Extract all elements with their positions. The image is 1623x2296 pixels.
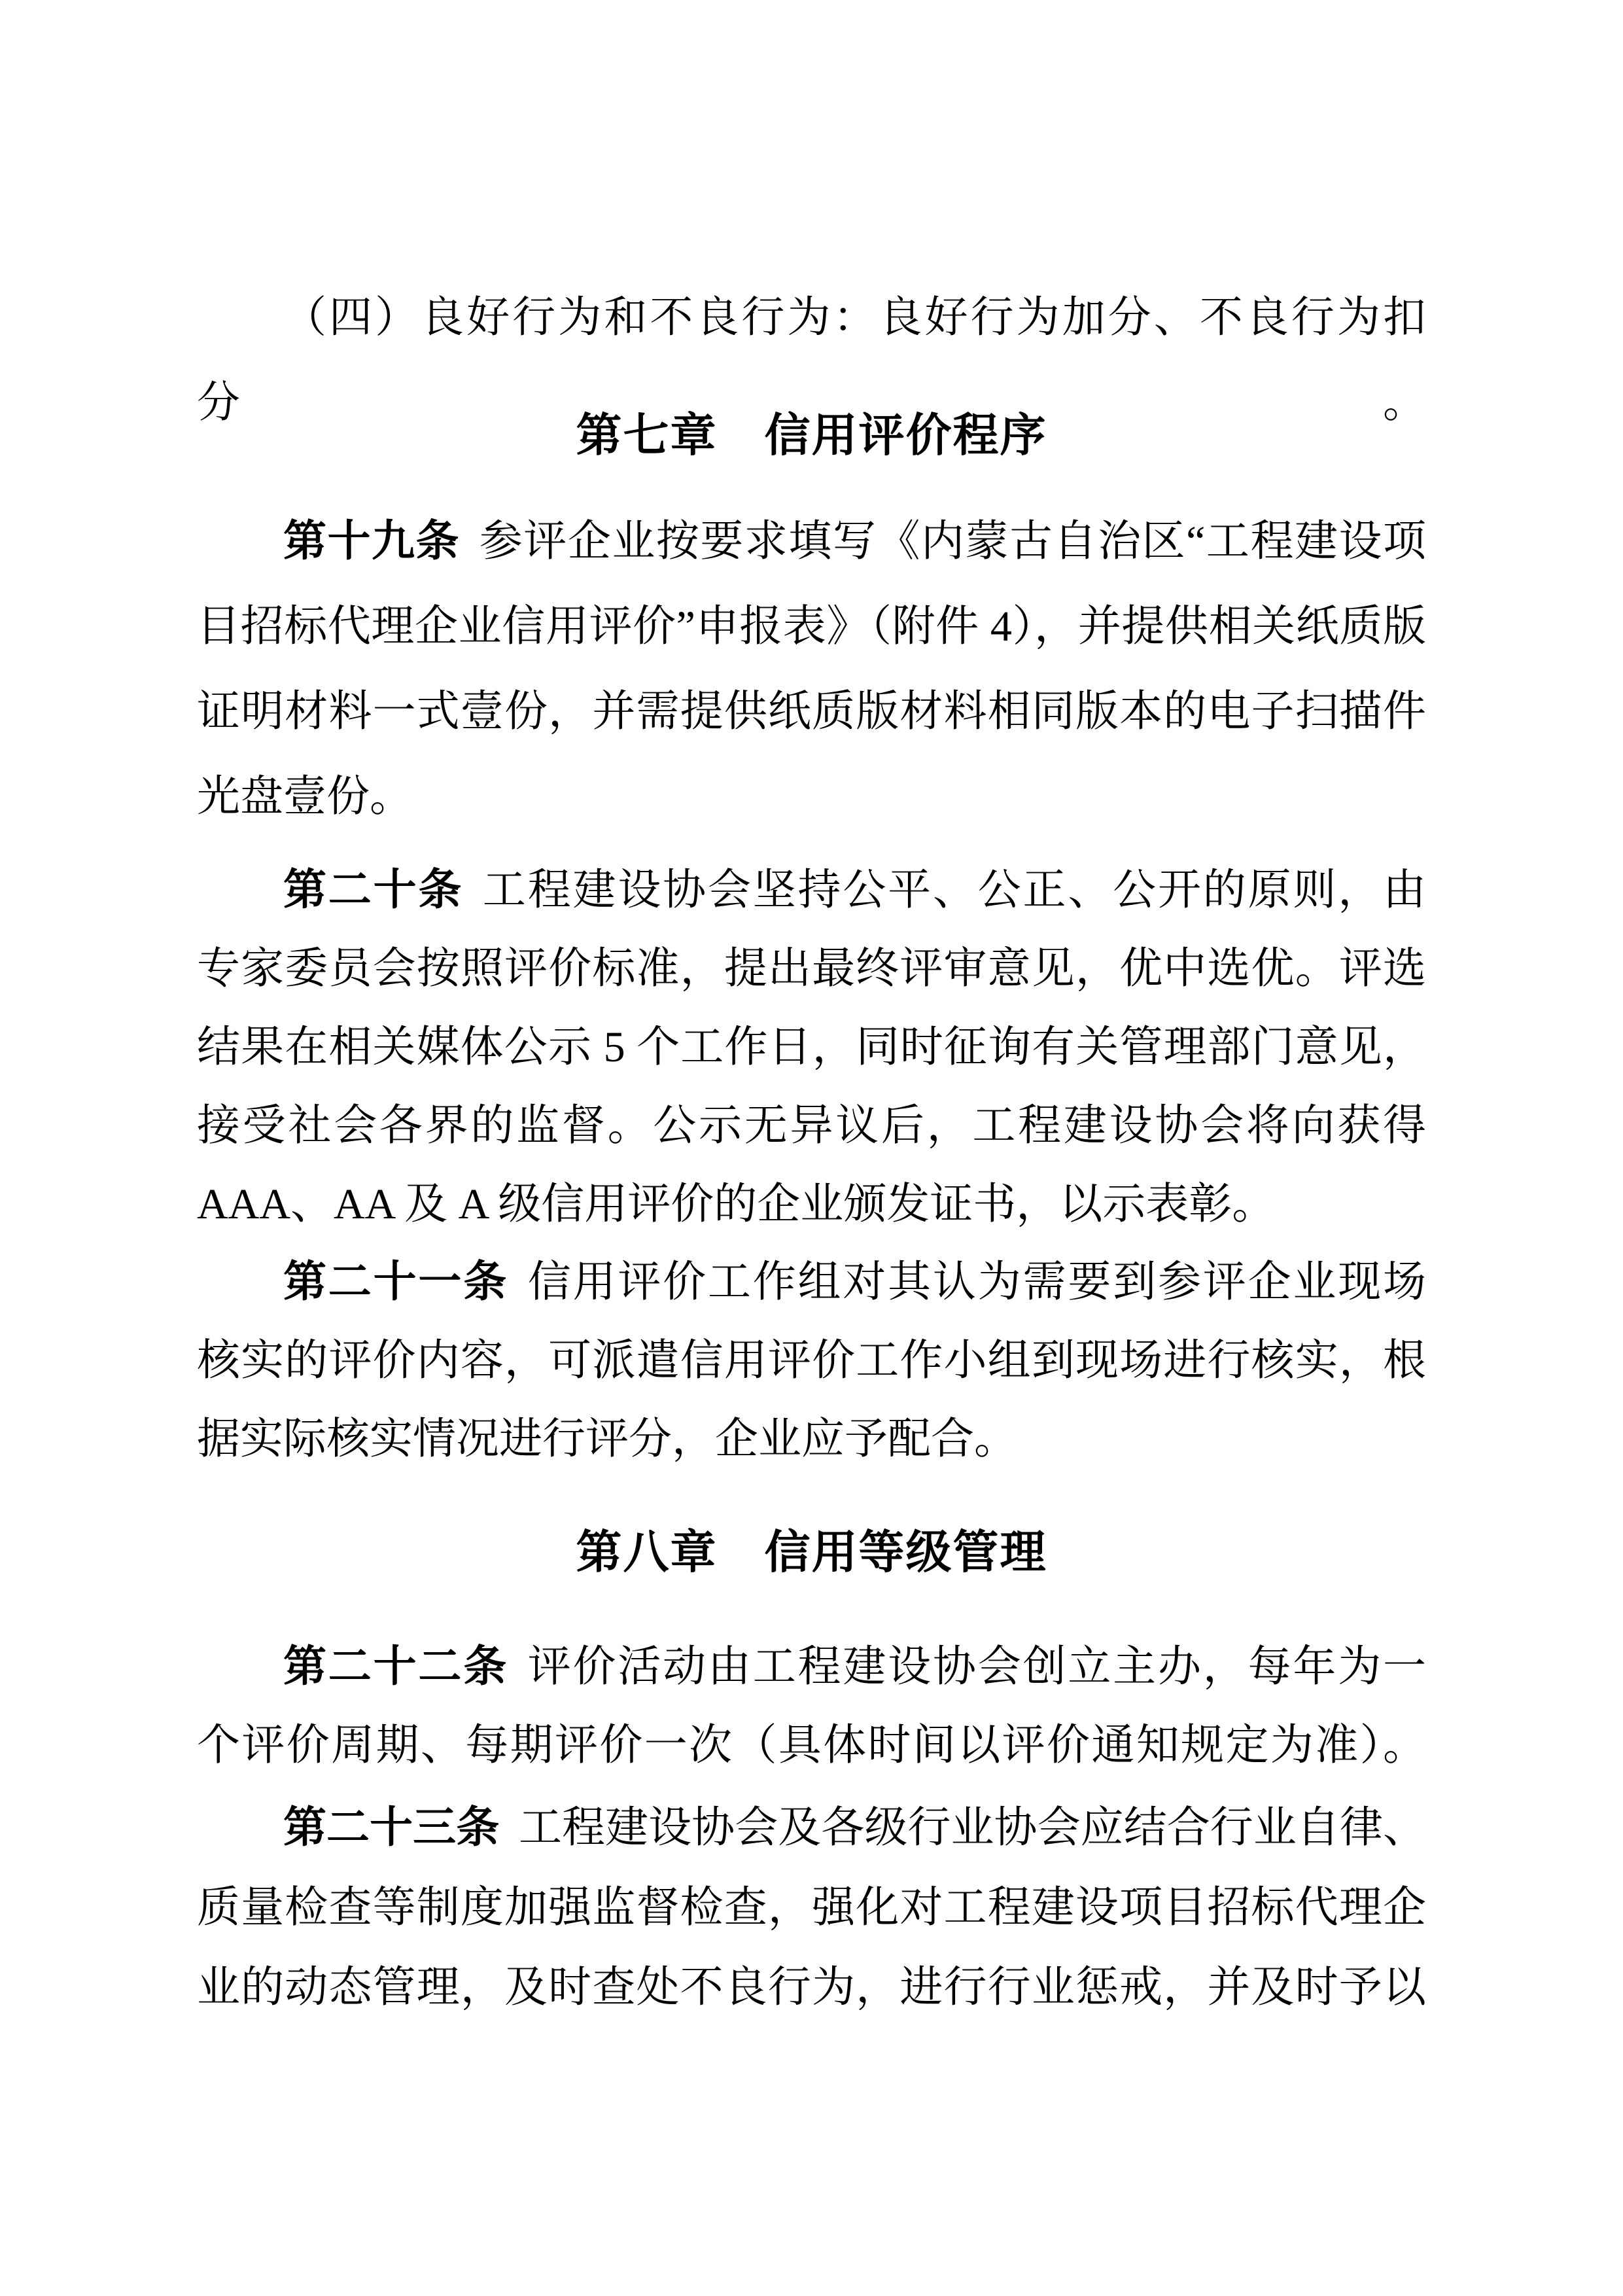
clause-22-line-2: 个评价周期、每期评价一次（具体时间以评价通知规定为准）。 bbox=[197, 1706, 1426, 1785]
text-line: 第二十一条信用评价工作组对其认为需要到参评企业现场 bbox=[197, 1243, 1426, 1322]
clause-19-line-1: 参评企业按要求填写《内蒙古自治区“工程建设项 bbox=[480, 518, 1426, 565]
clause-19-line-4: 光盘壹份。 bbox=[197, 754, 1426, 839]
clause-20-line-2: 专家委员会按照评价标准，提出最终评审意见，优中选优。评选 bbox=[197, 930, 1426, 1008]
chapter-8-heading: 第八章 信用等级管理 bbox=[197, 1510, 1426, 1595]
clause-20-line-5: AAA、AA 及 A 级信用评价的企业颁发证书，以示表彰。 bbox=[197, 1165, 1426, 1244]
text-line: 第二十条工程建设协会坚持公平、公正、公开的原则，由 bbox=[197, 851, 1426, 930]
clause-20-paragraph: 第二十条工程建设协会坚持公平、公正、公开的原则，由 专家委员会按照评价标准，提出… bbox=[197, 851, 1426, 1244]
text-line: 第二十三条工程建设协会及各级行业协会应结合行业自律、 bbox=[197, 1788, 1426, 1868]
clause-23-paragraph: 第二十三条工程建设协会及各级行业协会应结合行业自律、 质量检查等制度加强监督检查… bbox=[197, 1788, 1426, 2028]
clause-23-line-2: 质量检查等制度加强监督检查，强化对工程建设项目招标代理企 bbox=[197, 1868, 1426, 1948]
clause-23-line-3: 业的动态管理，及时查处不良行为，进行行业惩戒，并及时予以 bbox=[197, 1948, 1426, 2028]
clause-22-number: 第二十二条 bbox=[283, 1643, 508, 1691]
clause-20-line-4: 接受社会各界的监督。公示无异议后，工程建设协会将向获得 bbox=[197, 1087, 1426, 1165]
clause-21-number: 第二十一条 bbox=[283, 1258, 508, 1306]
document-page: （四）良好行为和不良行为：良好行为加分、不良行为扣分。 第七章 信用评价程序 第… bbox=[0, 0, 1623, 2296]
clause-20-number: 第二十条 bbox=[283, 866, 463, 914]
clause-19-line-3: 证明材料一式壹份，并需提供纸质版材料相同版本的电子扫描件 bbox=[197, 669, 1426, 754]
clause-20-line-1: 工程建设协会坚持公平、公正、公开的原则，由 bbox=[483, 866, 1426, 914]
clause-19-paragraph: 第十九条参评企业按要求填写《内蒙古自治区“工程建设项 目招标代理企业信用评价”申… bbox=[197, 499, 1426, 839]
clause-21-line-1: 信用评价工作组对其认为需要到参评企业现场 bbox=[528, 1258, 1426, 1306]
chapter-7-heading: 第七章 信用评价程序 bbox=[197, 393, 1426, 478]
clause-19-number: 第十九条 bbox=[283, 518, 460, 565]
clause-22-paragraph: 第二十二条评价活动由工程建设协会创立主办，每年为一 个评价周期、每期评价一次（具… bbox=[197, 1628, 1426, 1785]
clause-21-line-3: 据实际核实情况进行评分，企业应予配合。 bbox=[197, 1400, 1426, 1479]
clause-19-line-2: 目招标代理企业信用评价”申报表》（附件 4），并提供相关纸质版 bbox=[197, 584, 1426, 669]
clause-22-line-1: 评价活动由工程建设协会创立主办，每年为一 bbox=[528, 1643, 1426, 1691]
clause-20-line-3: 结果在相关媒体公示 5 个工作日，同时征询有关管理部门意见， bbox=[197, 1008, 1426, 1087]
chapter-7-heading-text: 第七章 信用评价程序 bbox=[576, 410, 1047, 461]
clause-21-paragraph: 第二十一条信用评价工作组对其认为需要到参评企业现场 核实的评价内容，可派遣信用评… bbox=[197, 1243, 1426, 1479]
clause-23-line-1: 工程建设协会及各级行业协会应结合行业自律、 bbox=[519, 1804, 1426, 1852]
chapter-8-heading-text: 第八章 信用等级管理 bbox=[576, 1527, 1047, 1578]
clause-23-number: 第二十三条 bbox=[283, 1804, 499, 1852]
text-line: 第二十二条评价活动由工程建设协会创立主办，每年为一 bbox=[197, 1628, 1426, 1706]
text-line: 第十九条参评企业按要求填写《内蒙古自治区“工程建设项 bbox=[197, 499, 1426, 584]
clause-21-line-2: 核实的评价内容，可派遣信用评价工作小组到现场进行核实，根 bbox=[197, 1322, 1426, 1400]
